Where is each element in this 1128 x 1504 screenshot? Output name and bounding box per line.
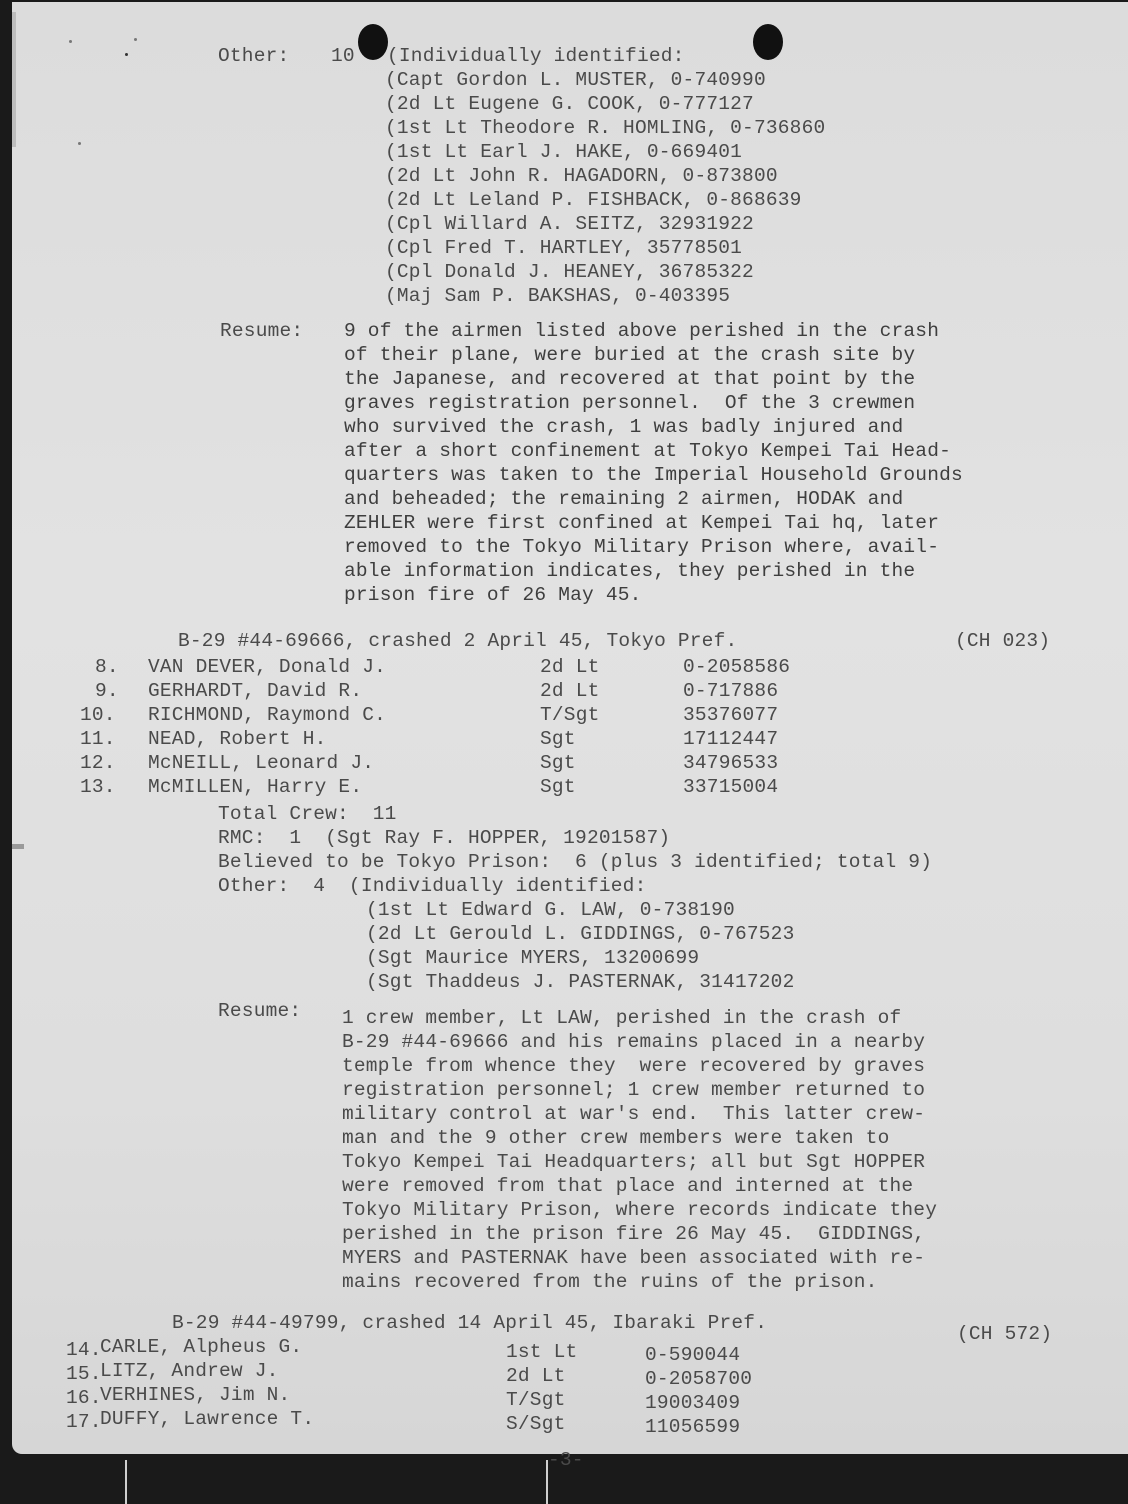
identified-item: (1st Lt Edward G. LAW, 0-738190 xyxy=(366,899,735,923)
crew-serial: 0-2058586 xyxy=(683,656,790,680)
punch-hole-icon xyxy=(753,24,783,60)
identified-item: (Sgt Maurice MYERS, 13200699 xyxy=(366,947,699,971)
crew-rank: T/Sgt xyxy=(540,704,600,728)
identified-item: (1st Lt Theodore R. HOMLING, 0-736860 xyxy=(385,117,825,141)
crew-name: LITZ, Andrew J. xyxy=(100,1360,279,1384)
crew-serial: 0-2058700 xyxy=(645,1368,752,1392)
punch-hole-icon xyxy=(358,24,388,60)
identified-item: (2d Lt Eugene G. COOK, 0-777127 xyxy=(385,93,754,117)
crew-number: 12. xyxy=(80,752,116,776)
resume-line: B-29 #44-69666 and his remains placed in… xyxy=(342,1031,925,1055)
crew-rank: 2d Lt xyxy=(506,1365,566,1389)
crew-name: McMILLEN, Harry E. xyxy=(148,776,362,800)
resume-line: quarters was taken to the Imperial House… xyxy=(344,464,963,488)
crew-rank: 2d Lt xyxy=(540,680,600,704)
identified-item: (2d Lt Leland P. FISHBACK, 0-868639 xyxy=(385,189,802,213)
resume-line: mains recovered from the ruins of the pr… xyxy=(342,1271,878,1295)
resume-line: military control at war's end. This latt… xyxy=(342,1103,925,1127)
crew-name: VERHINES, Jim N. xyxy=(100,1384,290,1408)
identified-item: (1st Lt Earl J. HAKE, 0-669401 xyxy=(385,141,742,165)
speck xyxy=(69,40,72,43)
identified-item: (2d Lt John R. HAGADORN, 0-873800 xyxy=(385,165,778,189)
identified-item: (Capt Gordon L. MUSTER, 0-740990 xyxy=(385,69,766,93)
total-crew: Total Crew: 11 xyxy=(218,803,397,827)
crew-name: GERHARDT, David R. xyxy=(148,680,362,704)
crew-serial: 11056599 xyxy=(645,1416,740,1440)
crew-serial: 0-717886 xyxy=(683,680,778,704)
resume-line: who survived the crash, 1 was badly inju… xyxy=(344,416,903,440)
crew-name: NEAD, Robert H. xyxy=(148,728,327,752)
other-line: Other: 4 (Individually identified: xyxy=(218,875,646,899)
resume-line: MYERS and PASTERNAK have been associated… xyxy=(342,1247,925,1271)
speck xyxy=(78,142,81,145)
scan-edge xyxy=(12,12,16,147)
resume-label: Resume: xyxy=(218,1000,301,1024)
resume-line: man and the 9 other crew members were ta… xyxy=(342,1127,890,1151)
crew-name: RICHMOND, Raymond C. xyxy=(148,704,386,728)
crew-name: VAN DEVER, Donald J. xyxy=(148,656,386,680)
identified-item: (Maj Sam P. BAKSHAS, 0-403395 xyxy=(385,285,730,309)
resume-line: Tokyo Military Prison, where records ind… xyxy=(342,1199,937,1223)
other-label: Other: xyxy=(218,45,289,69)
identified-item: (Cpl Donald J. HEANEY, 36785322 xyxy=(385,261,754,285)
crew-number: 15. xyxy=(66,1363,102,1387)
crew-name: DUFFY, Lawrence T. xyxy=(100,1408,314,1432)
scan-edge xyxy=(12,844,24,849)
identified-item: (Sgt Thaddeus J. PASTERNAK, 31417202 xyxy=(366,971,794,995)
crew-serial: 34796533 xyxy=(683,752,778,776)
resume-line: graves registration personnel. Of the 3 … xyxy=(344,392,915,416)
crew-number: 14. xyxy=(66,1339,102,1363)
resume-line: 9 of the airmen listed above perished in… xyxy=(344,320,939,344)
resume-line: were removed from that place and interne… xyxy=(342,1175,913,1199)
speck xyxy=(125,53,128,56)
crash-heading: B-29 #44-69666, crashed 2 April 45, Toky… xyxy=(178,630,737,654)
resume-line: perished in the prison fire 26 May 45. G… xyxy=(342,1223,925,1247)
case-reference: (CH 023) xyxy=(955,630,1050,654)
crew-rank: 2d Lt xyxy=(540,656,600,680)
resume-line: registration personnel; 1 crew member re… xyxy=(342,1079,925,1103)
identified-item: (Cpl Fred T. HARTLEY, 35778501 xyxy=(385,237,742,261)
crew-serial: 17112447 xyxy=(683,728,778,752)
believed-line: Believed to be Tokyo Prison: 6 (plus 3 i… xyxy=(218,851,932,875)
crew-serial: 35376077 xyxy=(683,704,778,728)
resume-label: Resume: xyxy=(220,320,303,344)
other-header: (Individually identified: xyxy=(387,45,685,69)
resume-line: able information indicates, they perishe… xyxy=(344,560,915,584)
crew-number: 11. xyxy=(80,728,116,752)
crew-name: CARLE, Alpheus G. xyxy=(100,1336,302,1360)
crash-heading: B-29 #44-49799, crashed 14 April 45, Iba… xyxy=(172,1312,767,1336)
crew-number: 8. xyxy=(95,656,119,680)
scan-edge xyxy=(125,1460,127,1504)
crew-rank: Sgt xyxy=(540,776,576,800)
speck xyxy=(134,38,137,41)
resume-line: Tokyo Kempei Tai Headquarters; all but S… xyxy=(342,1151,925,1175)
resume-line: temple from whence they were recovered b… xyxy=(342,1055,925,1079)
page-number: -3- xyxy=(548,1449,584,1473)
crew-number: 16. xyxy=(66,1387,102,1411)
crew-number: 13. xyxy=(80,776,116,800)
crew-name: McNEILL, Leonard J. xyxy=(148,752,374,776)
resume-line: 1 crew member, Lt LAW, perished in the c… xyxy=(342,1007,901,1031)
crew-rank: S/Sgt xyxy=(506,1413,566,1437)
resume-line: removed to the Tokyo Military Prison whe… xyxy=(344,536,939,560)
crew-number: 10. xyxy=(80,704,116,728)
resume-line: prison fire of 26 May 45. xyxy=(344,584,642,608)
identified-item: (2d Lt Gerould L. GIDDINGS, 0-767523 xyxy=(366,923,794,947)
rmc-line: RMC: 1 (Sgt Ray F. HOPPER, 19201587) xyxy=(218,827,670,851)
crew-serial: 0-590044 xyxy=(645,1344,740,1368)
resume-line: the Japanese, and recovered at that poin… xyxy=(344,368,915,392)
identified-item: (Cpl Willard A. SEITZ, 32931922 xyxy=(385,213,754,237)
resume-line: ZEHLER were first confined at Kempei Tai… xyxy=(344,512,939,536)
crew-number: 9. xyxy=(95,680,119,704)
crew-rank: Sgt xyxy=(540,752,576,776)
crew-rank: Sgt xyxy=(540,728,576,752)
crew-number: 17. xyxy=(66,1411,102,1435)
crew-serial: 33715004 xyxy=(683,776,778,800)
crew-rank: T/Sgt xyxy=(506,1389,566,1413)
other-count: 10 xyxy=(331,45,355,69)
case-reference: (CH 572) xyxy=(957,1323,1052,1347)
resume-line: of their plane, were buried at the crash… xyxy=(344,344,915,368)
crew-serial: 19003409 xyxy=(645,1392,740,1416)
resume-line: and beheaded; the remaining 2 airmen, HO… xyxy=(344,488,903,512)
resume-line: after a short confinement at Tokyo Kempe… xyxy=(344,440,951,464)
crew-rank: 1st Lt xyxy=(506,1341,577,1365)
